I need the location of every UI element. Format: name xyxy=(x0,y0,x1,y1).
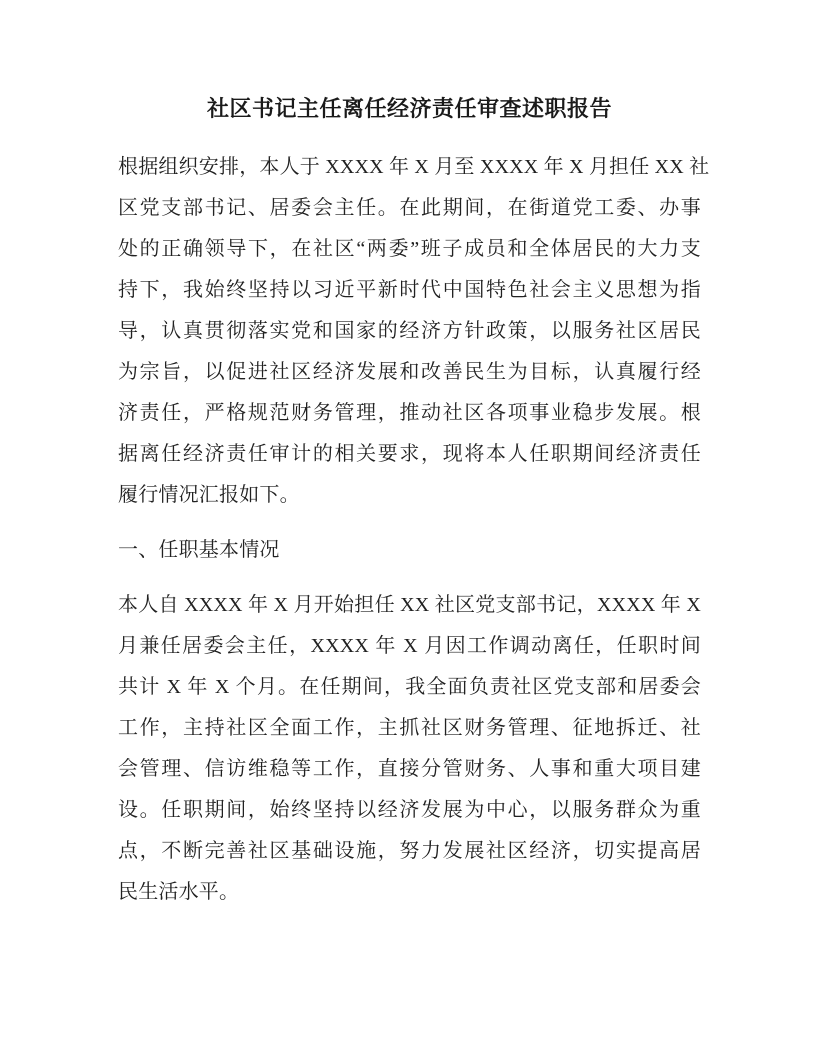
document-title: 社区书记主任离任经济责任审查述职报告 xyxy=(118,93,701,124)
text-line: 本人自 XXXX 年 X 月开始担任 XX 社区党支部书记，XXXX 年 X xyxy=(118,585,701,626)
text-line: 根据组织安排，本人于 XXXX 年 X 月至 XXXX 年 X 月担任 XX 社 xyxy=(118,147,701,188)
section-heading: 一、任职基本情况 xyxy=(118,530,701,571)
text-line: 导，认真贯彻落实党和国家的经济方针政策，以服务社区居民 xyxy=(118,311,701,352)
text-line: 会管理、信访维稳等工作，直接分管财务、人事和重大项目建 xyxy=(118,749,701,790)
text-line: 共计 X 年 X 个月。在任期间，我全面负责社区党支部和居委会 xyxy=(118,667,701,708)
text-line: 民生活水平。 xyxy=(118,872,701,913)
text-line: 持下，我始终坚持以习近平新时代中国特色社会主义思想为指 xyxy=(118,270,701,311)
text-line: 济责任，严格规范财务管理，推动社区各项事业稳步发展。根 xyxy=(118,393,701,434)
text-line: 履行情况汇报如下。 xyxy=(118,475,701,516)
text-line: 月兼任居委会主任，XXXX 年 X 月因工作调动离任，任职时间 xyxy=(118,626,701,667)
text-line: 工作，主持社区全面工作，主抓社区财务管理、征地拆迁、社 xyxy=(118,708,701,749)
text-line: 区党支部书记、居委会主任。在此期间，在街道党工委、办事 xyxy=(118,188,701,229)
text-line: 一、任职基本情况 xyxy=(118,530,701,571)
text-line: 设。任职期间，始终坚持以经济发展为中心，以服务群众为重 xyxy=(118,790,701,831)
paragraph: 根据组织安排，本人于 XXXX 年 X 月至 XXXX 年 X 月担任 XX 社… xyxy=(118,147,701,516)
document-page: 社区书记主任离任经济责任审查述职报告 根据组织安排，本人于 XXXX 年 X 月… xyxy=(0,0,816,1056)
text-line: 处的正确领导下，在社区“两委”班子成员和全体居民的大力支 xyxy=(118,229,701,270)
text-line: 据离任经济责任审计的相关要求，现将本人任职期间经济责任 xyxy=(118,434,701,475)
paragraph: 本人自 XXXX 年 X 月开始担任 XX 社区党支部书记，XXXX 年 X月兼… xyxy=(118,585,701,913)
text-line: 点，不断完善社区基础设施，努力发展社区经济，切实提高居 xyxy=(118,831,701,872)
document-body: 根据组织安排，本人于 XXXX 年 X 月至 XXXX 年 X 月担任 XX 社… xyxy=(118,147,701,913)
text-line: 为宗旨，以促进社区经济发展和改善民生为目标，认真履行经 xyxy=(118,352,701,393)
